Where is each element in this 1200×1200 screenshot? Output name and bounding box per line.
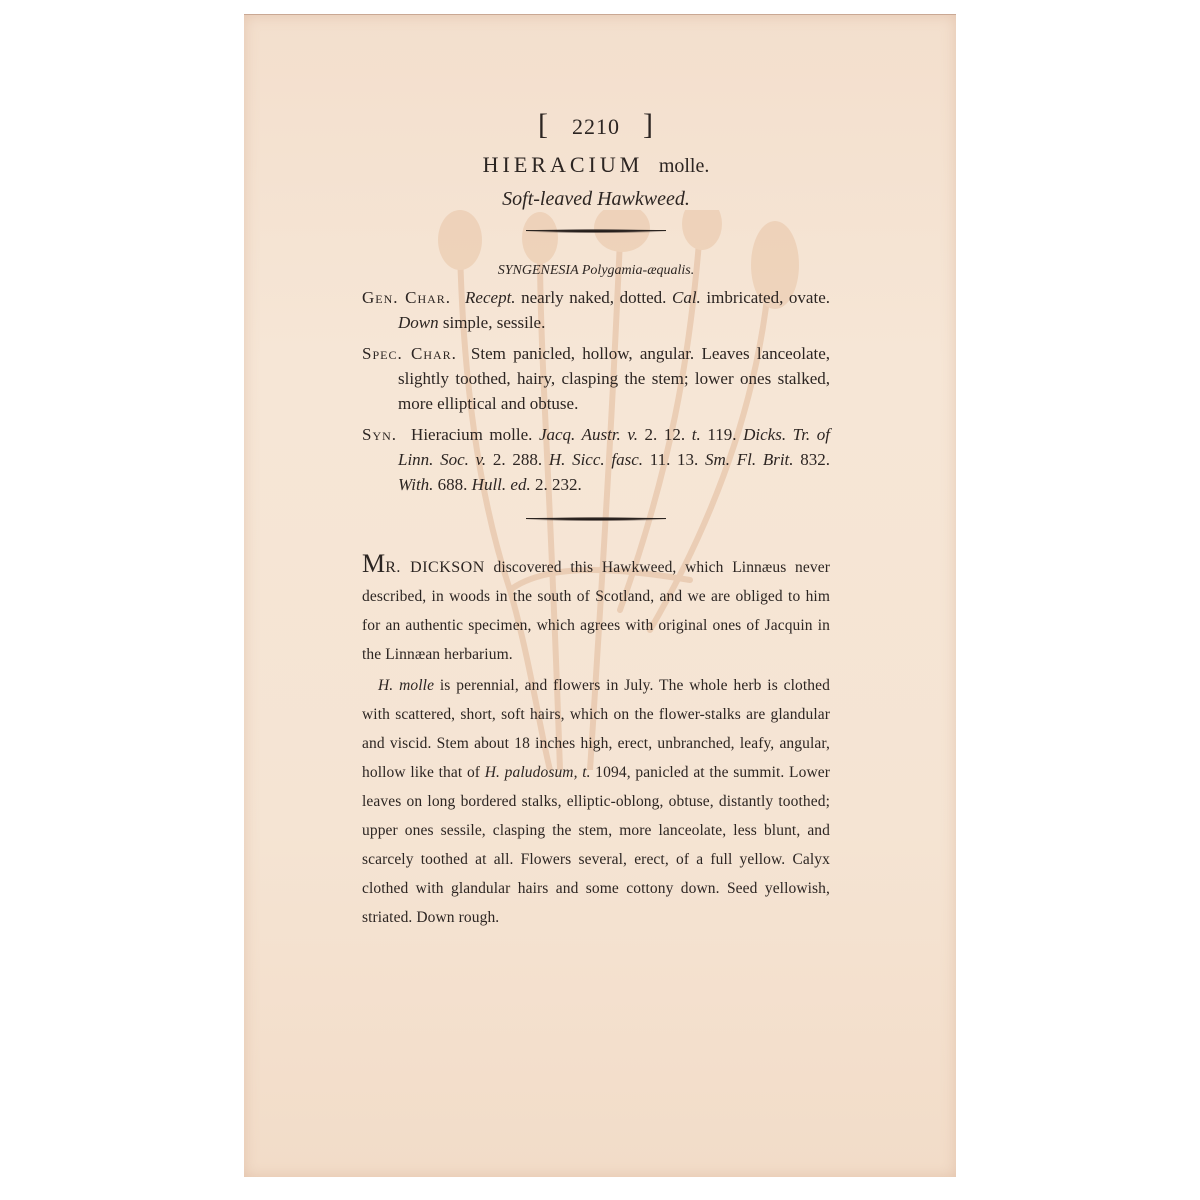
gen-char-text: imbricated, ovate. [701,288,830,307]
syn-text: With. [398,475,433,494]
spec-char-text: Stem panicled, hollow, angular. Leaves l… [398,344,830,413]
syn-text: Hieracium molle. [411,425,539,444]
ornamental-rule [526,229,666,233]
syn-text: 832. [794,450,830,469]
syn-text: Hull. ed. [472,475,531,494]
description-body: MR. DICKSON discovered this Hawkweed, wh… [362,549,830,932]
ornamental-rule [526,517,666,521]
spec-char-label: Spec. Char. [362,344,457,363]
plate-number-header: [ 2210 ] [362,108,830,142]
syn-text: Jacq. Austr. v. [539,425,638,444]
generic-character: Gen. Char.Recept. nearly naked, dotted. … [362,285,830,335]
syn-text: 2. 288. [486,450,549,469]
species-abbrev: H. molle [378,677,434,694]
species-title: HIERACIUM molle. [362,152,830,178]
genus-name: HIERACIUM [483,152,644,177]
syn-text: 688. [433,475,471,494]
syn-text: Sm. Fl. Brit. [705,450,794,469]
author-name: R. DICKSON [385,559,485,576]
paragraph-discovery: MR. DICKSON discovered this Hawkweed, wh… [362,549,830,669]
bracket-open: [ [538,108,549,141]
page-content: [ 2210 ] HIERACIUM molle. Soft-leaved Ha… [362,108,830,932]
species-reference: H. paludosum, t. [485,764,591,781]
syn-text: 2. 232. [531,475,582,494]
gen-char-text: nearly naked, dotted. [516,288,672,307]
syn-text: 119. [701,425,743,444]
syn-label: Syn. [362,425,397,444]
bracket-close: ] [643,108,654,141]
common-name: Soft-leaved Hawkweed. [362,188,830,211]
syn-text: H. Sicc. fasc. [549,450,643,469]
gen-char-text: simple, sessile. [439,313,546,332]
drop-cap: M [362,549,385,578]
syn-text: 11. 13. [643,450,705,469]
paragraph-description: H. molle is perennial, and flowers in Ju… [362,671,830,932]
gen-char-label: Gen. Char. [362,288,451,307]
syn-text: 2. 12. [638,425,692,444]
gen-char-text: Down [398,313,439,332]
synonymy: Syn.Hieracium molle. Jacq. Austr. v. 2. … [362,422,830,497]
gen-char-text: Cal. [672,288,701,307]
specific-character: Spec. Char.Stem panicled, hollow, angula… [362,341,830,416]
plate-number: 2210 [572,114,620,139]
gen-char-text: Recept. [465,288,516,307]
species-name: molle. [659,155,710,177]
syn-text: t. [692,425,701,444]
linnaean-classification: SYNGENESIA Polygamia-æqualis. [362,263,830,279]
paragraph-text: 1094, panicled at the summit. Lower leav… [362,764,830,926]
